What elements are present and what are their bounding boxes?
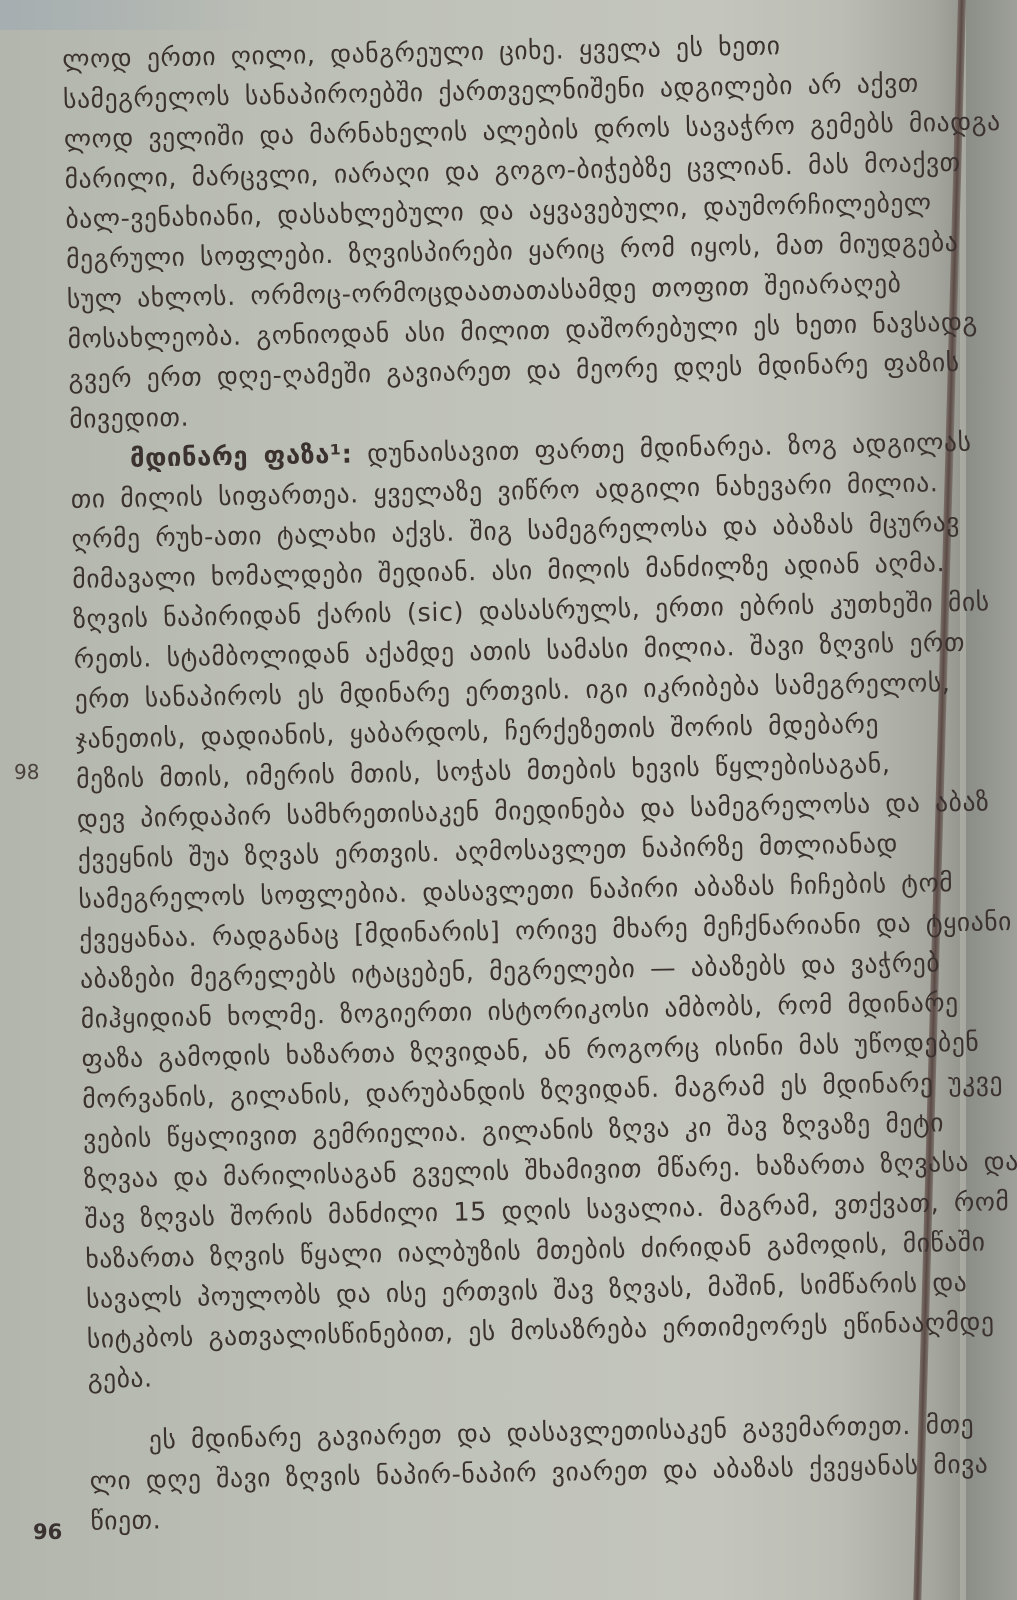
page-text: ლოდ ერთი ღილი, დანგრეული ციხე. ყველა ეს …	[62, 23, 991, 1542]
book-page-photo: ლოდ ერთი ღილი, დანგრეული ციხე. ყველა ეს …	[0, 0, 1017, 1600]
margin-note-number: 98	[14, 760, 39, 784]
corner-shadow	[0, 0, 260, 30]
section-heading: მდინარე ფაზა¹:	[130, 440, 353, 474]
page-number: 96	[33, 1520, 62, 1544]
text-span: დუნაისავით ფართე მდინარეა. ზოგ ადგილას	[367, 428, 972, 470]
